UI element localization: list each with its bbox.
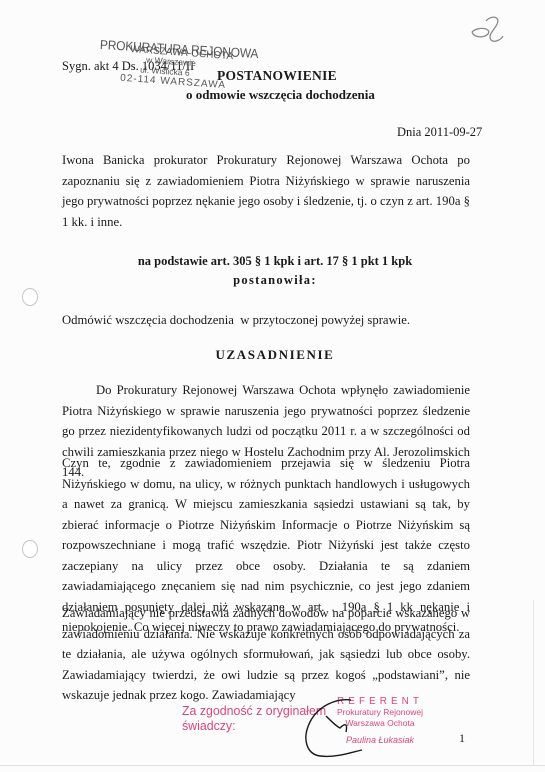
intro-paragraph: Iwona Banicka prokurator Prokuratury Rej… xyxy=(62,150,470,232)
document-page: Sygn. akt 4 Ds. 1034/11/II PROKURATURA R… xyxy=(0,0,545,772)
document-date: Dnia 2011-09-27 xyxy=(397,125,482,140)
justification-paragraph-3: Zawiadamiający nie przedstawia żadnych d… xyxy=(62,603,470,706)
justification-heading: UZASADNIENIE xyxy=(100,347,450,363)
paragraph-text: Zawiadamiający nie przedstawia żadnych d… xyxy=(62,603,470,706)
signature xyxy=(296,692,376,762)
decided-heading: postanowiła: xyxy=(100,273,450,288)
document-title: POSTANOWIENIE xyxy=(217,68,337,84)
punch-hole xyxy=(22,540,38,558)
page-number: 1 xyxy=(459,731,465,746)
legal-basis: na podstawie art. 305 § 1 kpk i art. 17 … xyxy=(100,254,450,269)
page-edge xyxy=(533,600,534,765)
decision-text: Odmówić wszczęcia dochodzenia w przytocz… xyxy=(62,313,410,328)
page-edge xyxy=(0,765,545,766)
punch-hole xyxy=(22,288,38,306)
handwritten-page-number xyxy=(468,14,508,48)
document-subtitle: o odmowie wszczęcia dochodzenia xyxy=(186,87,375,103)
